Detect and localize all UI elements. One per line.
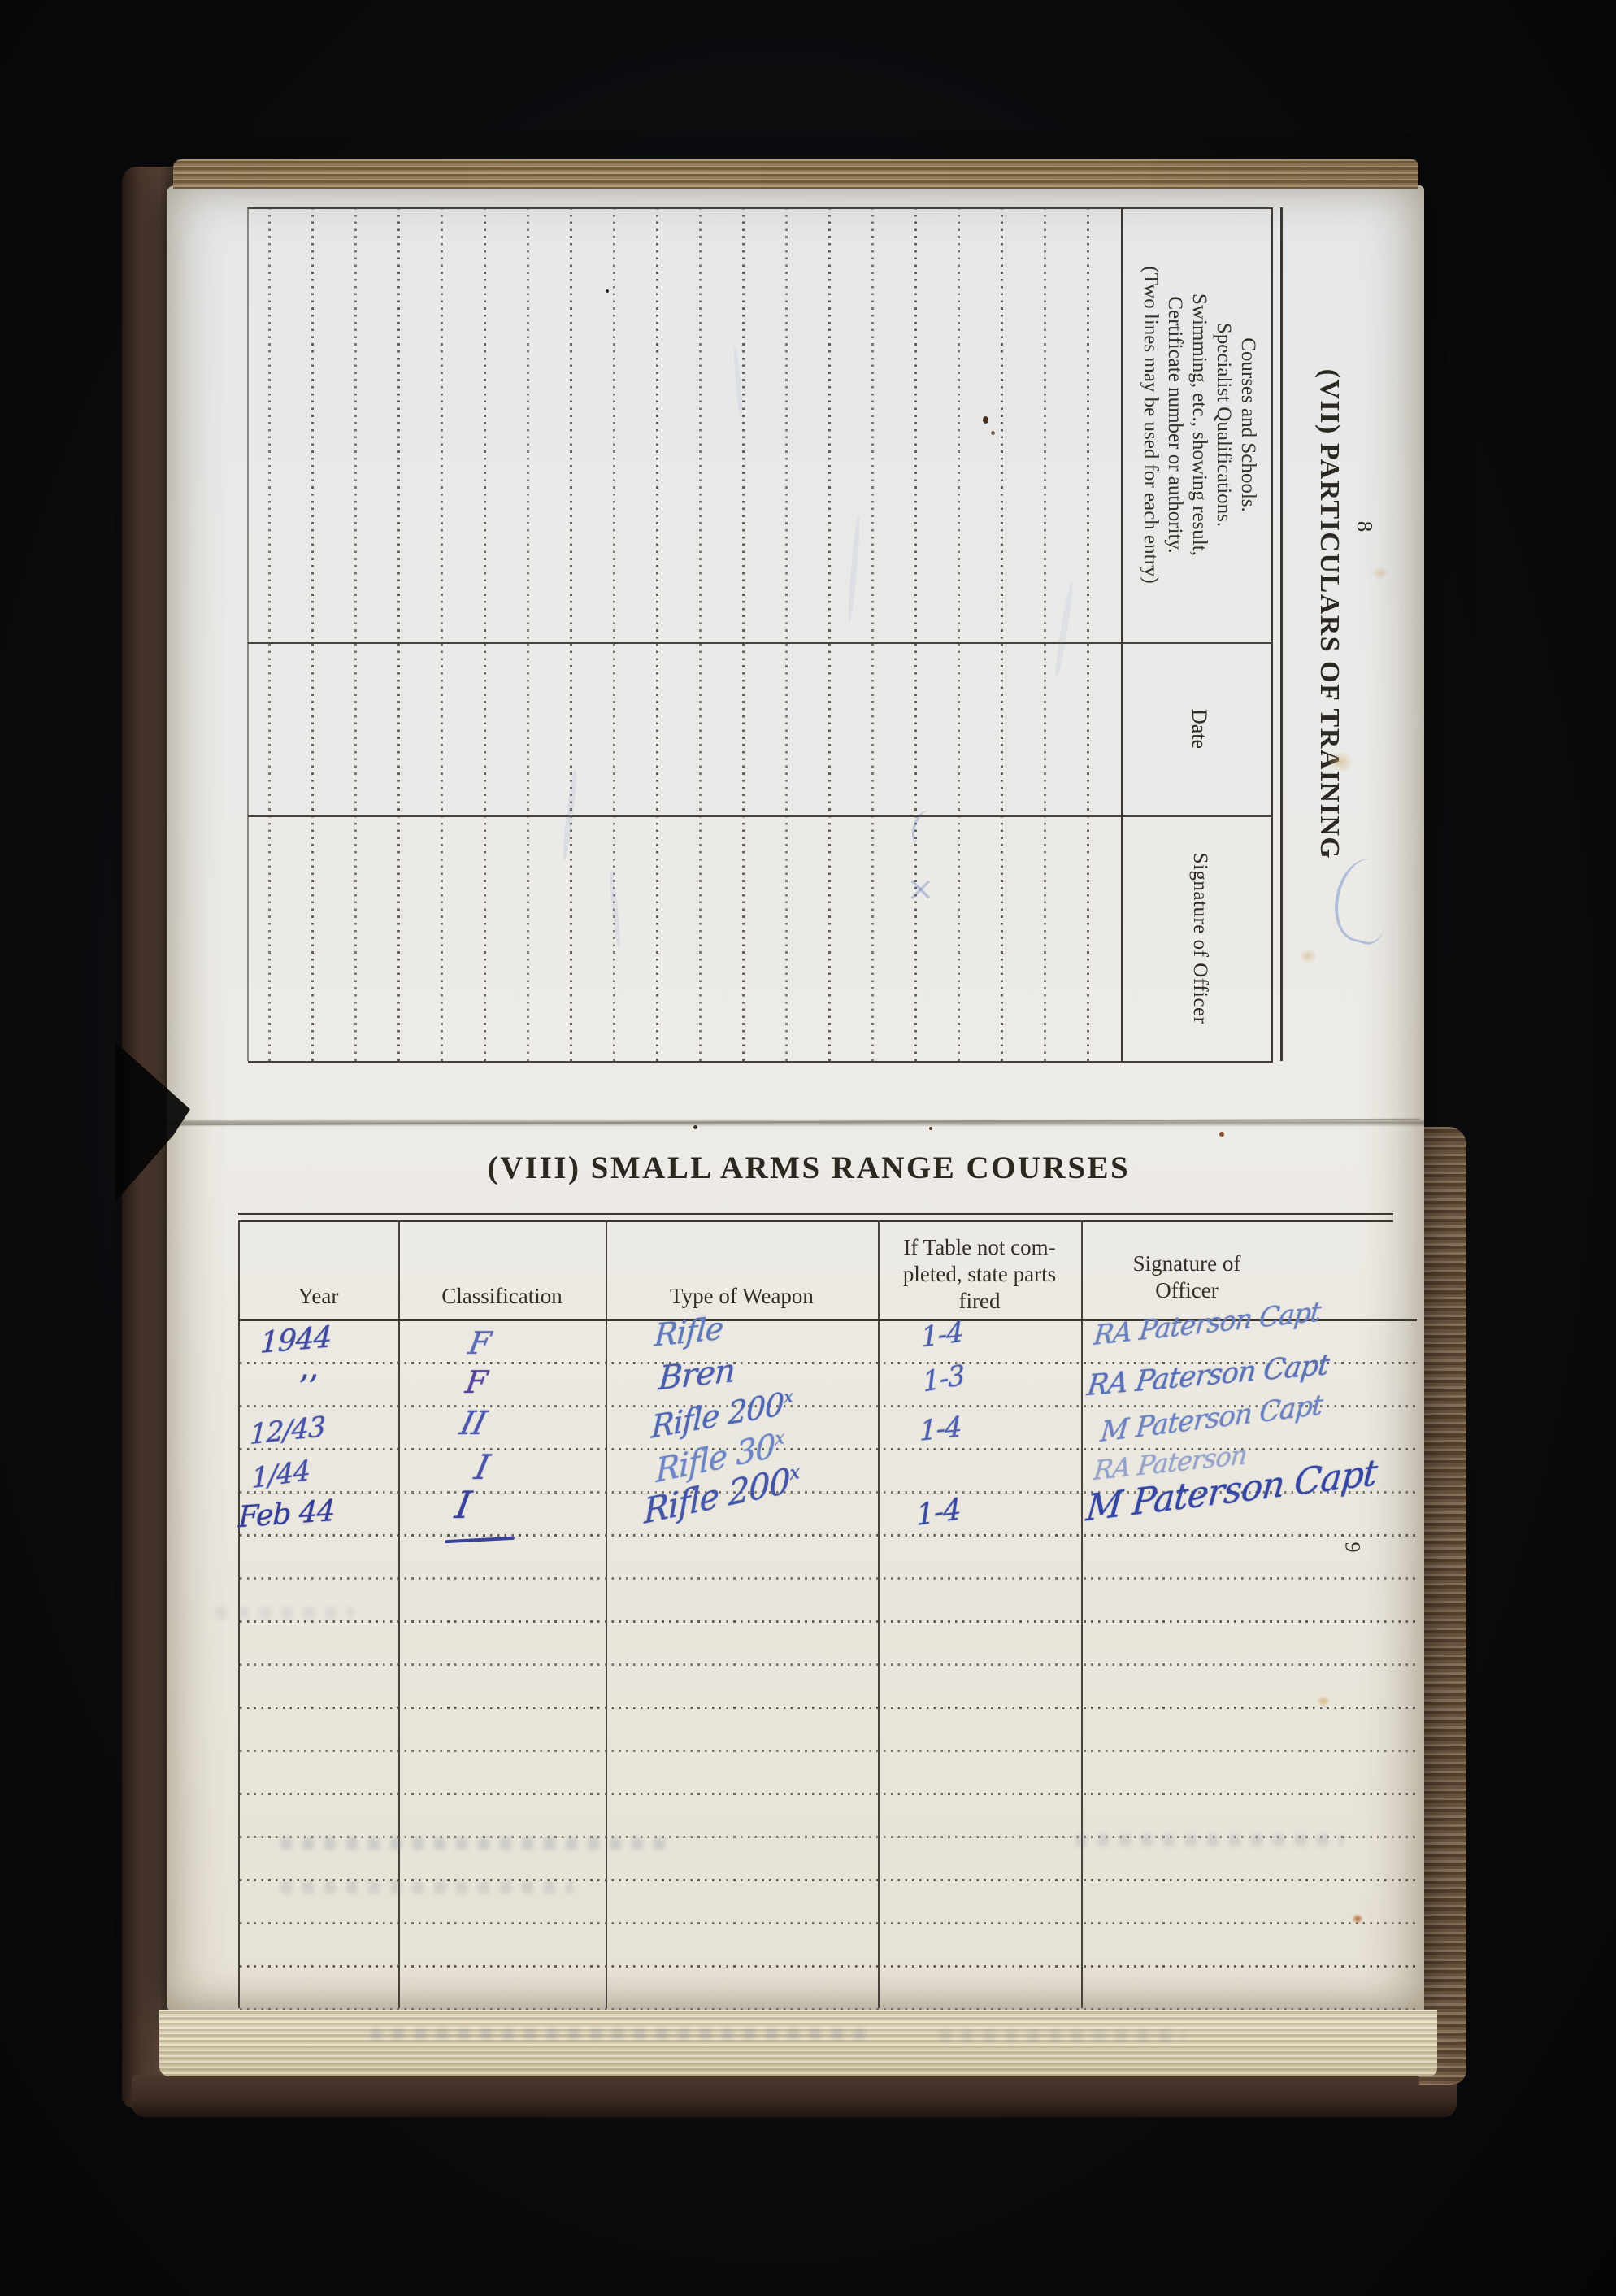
stain — [1371, 566, 1389, 581]
courses-header-line: Swimming, etc., showing result, — [1187, 207, 1211, 642]
speck — [693, 1125, 697, 1129]
bleedthrough-ghost-text — [1075, 1834, 1344, 1846]
speck — [991, 431, 995, 435]
page-8-training-particulars: 8 (VII) PARTICULARS OF TRAINING Courses … — [167, 185, 1424, 1122]
table-border-right — [248, 1061, 1273, 1063]
stain — [1317, 1696, 1330, 1707]
entry-parts-fired: 1-4 — [921, 1315, 964, 1354]
weapon-column-header: Type of Weapon — [606, 1283, 878, 1310]
courses-header-line: (Two lines may be used for each entry) — [1138, 207, 1162, 642]
gilt-page-edges-top — [173, 159, 1418, 189]
table-bottom-rule — [248, 207, 250, 1061]
stain — [1327, 751, 1353, 772]
page-stack-bottom-edges — [159, 2010, 1437, 2076]
year-column-header: Year — [238, 1283, 398, 1310]
date-column-header: Date — [1187, 642, 1211, 815]
classification-column-header: Classification — [398, 1283, 606, 1310]
table-top-rule-thick — [1280, 207, 1283, 1061]
entry-year: 1944 — [259, 1320, 332, 1360]
bleedthrough-ghost-text — [371, 2028, 875, 2040]
entry-year: ’’ — [298, 1369, 317, 1407]
courses-header-line: Courses and Schools. — [1236, 207, 1260, 642]
entry-year: Feb 44 — [237, 1494, 335, 1534]
ruled-entry-lines — [244, 207, 1089, 1061]
parts-fired-column-header: If Table not com- pleted, state parts fi… — [878, 1234, 1081, 1315]
courses-header-line: Specialist Qualifications. — [1211, 207, 1236, 642]
bleedthrough-ghost-text — [940, 2029, 1184, 2042]
page-number-9: 9 — [1340, 1542, 1365, 1553]
page-9-small-arms-range-courses: (VIII) SMALL ARMS RANGE COURSES Year Cla… — [167, 1122, 1424, 2015]
frayed-page-fore-edge — [1419, 1127, 1466, 2085]
bleedthrough-ghost-text — [215, 1607, 354, 1619]
entry-parts-fired: 1-4 — [916, 1493, 962, 1533]
speck — [606, 289, 609, 293]
book-cover-bottom-edge — [132, 2075, 1457, 2117]
signature-column-header: Signature of Officer — [1081, 1250, 1292, 1304]
entry-weapon: Rifle — [654, 1310, 724, 1353]
speck — [983, 416, 988, 424]
title-rule-thin — [238, 1220, 1393, 1222]
bleedthrough-ghost-text — [280, 1837, 671, 1850]
courses-column-header: Courses and Schools. Specialist Qualific… — [1138, 207, 1260, 642]
blue-x-mark — [908, 878, 932, 901]
bleedthrough-ghost-text — [280, 1881, 573, 1894]
courses-header-line: Certificate number or authority. — [1162, 207, 1187, 642]
entry-classification: F — [466, 1325, 493, 1361]
signature-column-header: Signature of Officer — [1188, 815, 1211, 1061]
entry-parts-fired: 1-4 — [919, 1411, 961, 1448]
stain — [1298, 948, 1318, 964]
header-bottom-rule — [1121, 207, 1123, 1061]
table-top-rule-thin — [1272, 207, 1274, 1061]
speck — [1219, 1132, 1224, 1137]
page-number-8: 8 — [1352, 202, 1377, 852]
title-rule-thick — [238, 1213, 1393, 1215]
page-9-title: (VIII) SMALL ARMS RANGE COURSES — [480, 1150, 1138, 1186]
stain — [1352, 1914, 1363, 1924]
speck — [929, 1127, 932, 1130]
open-book-paper: 8 (VII) PARTICULARS OF TRAINING Courses … — [167, 185, 1424, 2015]
photo-of-soldiers-service-book: 8 (VII) PARTICULARS OF TRAINING Courses … — [0, 0, 1616, 2296]
